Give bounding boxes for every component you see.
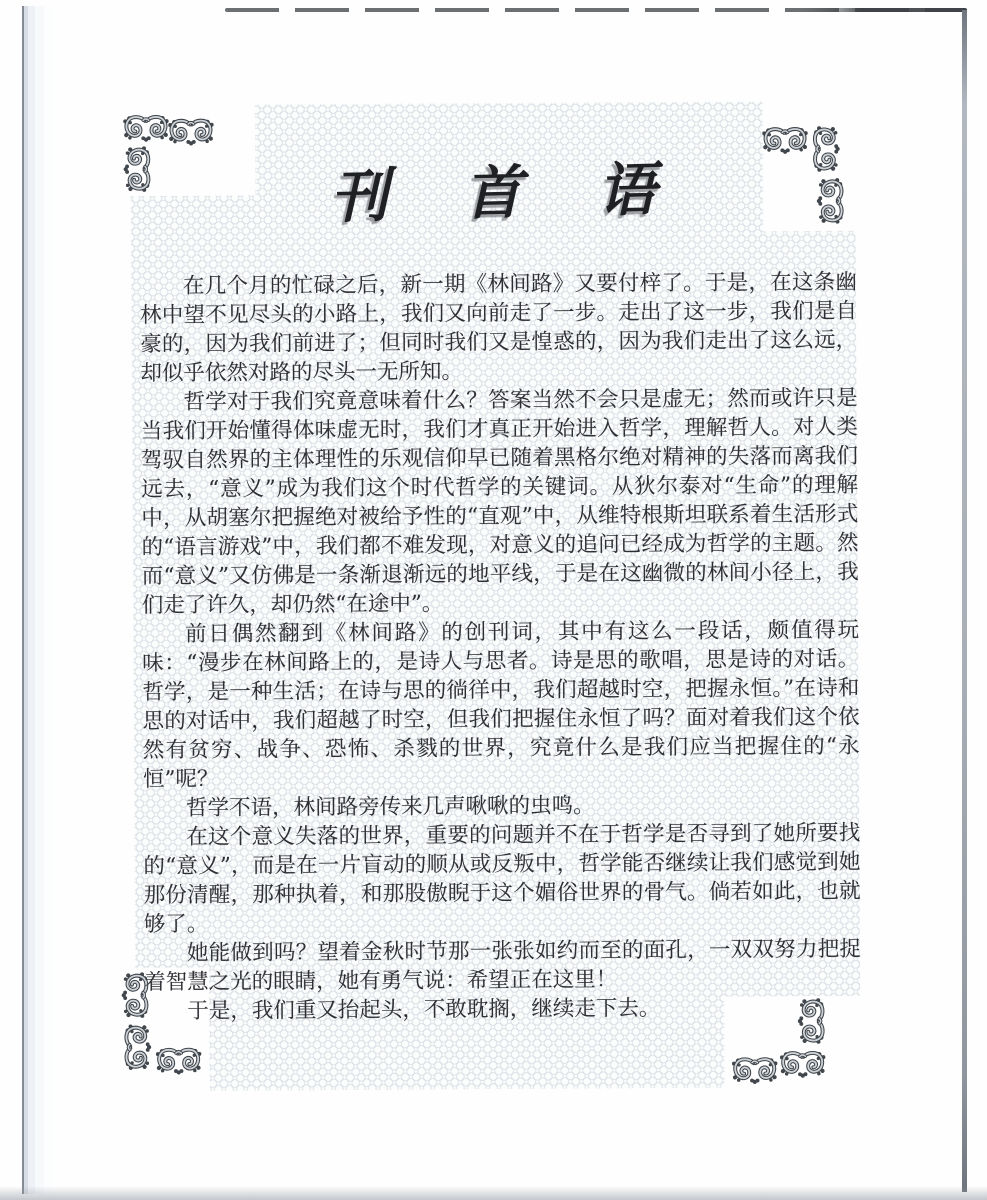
page-content: 刊 首 语 在几个月的忙碌之后，新一期《林间路》又要付梓了。于是，在这条幽林中望… — [0, 0, 987, 1200]
body-paragraph: 哲学对于我们究竟意味着什么？答案当然不会只是虚无；然而或许只是当我们开始懂得体味… — [141, 384, 859, 620]
ruyi-cloud-scroll-icon — [732, 1055, 778, 1085]
body-paragraph: 在几个月的忙碌之后，新一期《林间路》又要付梓了。于是，在这条幽林中望不见尽头的小… — [140, 268, 858, 388]
page-title: 刊 首 语 — [129, 137, 856, 238]
ruyi-cloud-scroll-icon — [156, 1046, 202, 1076]
scanned-page: 刊 首 语 在几个月的忙碌之后，新一期《林间路》又要付梓了。于是，在这条幽林中望… — [0, 0, 987, 1200]
ruyi-cloud-scroll-icon — [780, 1049, 826, 1079]
ruyi-cloud-scroll-icon — [168, 117, 214, 147]
body-paragraph: 前日偶然翻到《林间路》的创刊词，其中有这么一段话，颇值得玩味：“漫步在林间路上的… — [142, 616, 860, 794]
body-paragraph: 她能做到吗？望着金秋时节那一张张如约而至的面孔，一双双努力把捉着智慧之光的眼睛，… — [144, 935, 861, 997]
article-body: 在几个月的忙碌之后，新一期《林间路》又要付梓了。于是，在这条幽林中望不见尽头的小… — [140, 268, 862, 1026]
body-paragraph: 在这个意义失落的世界，重要的问题并不在于哲学是否寻到了她所要找的“意义”，而是在… — [143, 819, 861, 939]
body-paragraph: 于是，我们重又抬起头，不敢耽搁，继续走下去。 — [144, 993, 861, 1026]
ruyi-cloud-scroll-icon — [123, 113, 169, 143]
body-paragraph: 哲学不语，林间路旁传来几声啾啾的虫鸣。 — [143, 790, 860, 823]
ruyi-cloud-scroll-icon — [122, 1024, 152, 1070]
